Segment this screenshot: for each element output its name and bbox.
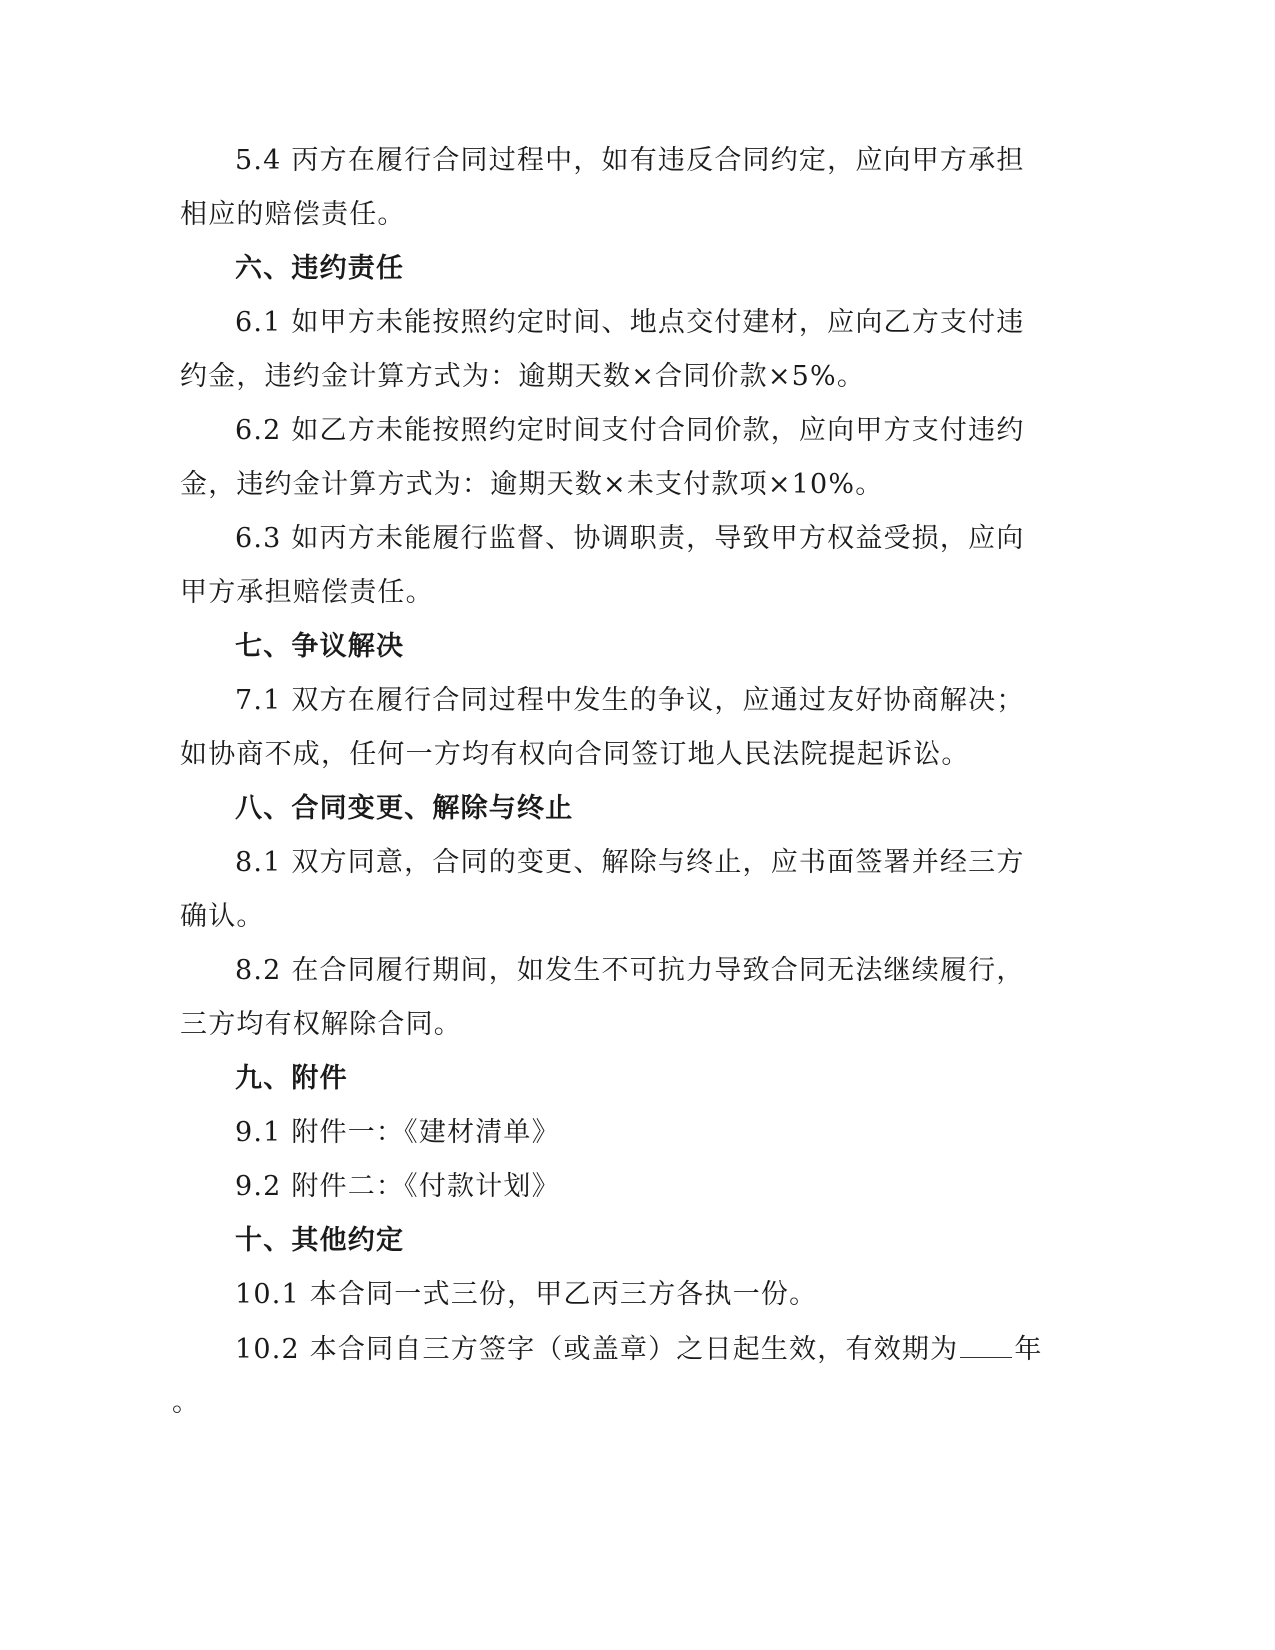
section-heading-6: 六、违约责任 bbox=[235, 251, 404, 287]
section-heading-8: 八、合同变更、解除与终止 bbox=[235, 791, 573, 827]
clause-10-2-line-1: 10.2 本合同自三方签字（或盖章）之日起生效，有效期为年 bbox=[235, 1331, 1043, 1368]
clause-7-1-line-2: 如协商不成，任何一方均有权向合同签订地人民法院提起诉讼。 bbox=[180, 737, 970, 773]
clause-6-3-line-1: 6.3 如丙方未能履行监督、协调职责，导致甲方权益受损，应向 bbox=[235, 521, 1025, 557]
clause-10-1: 10.1 本合同一式三份，甲乙丙三方各执一份。 bbox=[235, 1277, 817, 1313]
clause-8-2-line-1: 8.2 在合同履行期间，如发生不可抗力导致合同无法继续履行， bbox=[235, 953, 1025, 989]
clause-10-2-line-2: 。 bbox=[172, 1385, 200, 1421]
section-heading-10: 十、其他约定 bbox=[235, 1223, 404, 1259]
document-page: 5.4 丙方在履行合同过程中，如有违反合同约定，应向甲方承担 相应的赔偿责任。 … bbox=[0, 0, 1275, 1650]
clause-6-1-line-1: 6.1 如甲方未能按照约定时间、地点交付建材，应向乙方支付违 bbox=[235, 305, 1025, 341]
clause-8-1-line-2: 确认。 bbox=[180, 899, 265, 935]
clause-9-1: 9.1 附件一：《建材清单》 bbox=[235, 1115, 560, 1151]
clause-10-2-text: 10.2 本合同自三方签字（或盖章）之日起生效，有效期为 bbox=[235, 1334, 958, 1365]
clause-5-4-line-1: 5.4 丙方在履行合同过程中，如有违反合同约定，应向甲方承担 bbox=[235, 143, 1025, 179]
clause-10-2-suffix: 年 bbox=[1014, 1334, 1042, 1365]
validity-years-blank bbox=[960, 1331, 1012, 1358]
clause-6-1-line-2: 约金，违约金计算方式为：逾期天数×合同价款×5%。 bbox=[180, 359, 865, 395]
clause-9-2: 9.2 附件二：《付款计划》 bbox=[235, 1169, 560, 1205]
clause-8-2-line-2: 三方均有权解除合同。 bbox=[180, 1007, 462, 1043]
clause-7-1-line-1: 7.1 双方在履行合同过程中发生的争议，应通过友好协商解决； bbox=[235, 683, 1025, 719]
clause-6-2-line-1: 6.2 如乙方未能按照约定时间支付合同价款，应向甲方支付违约 bbox=[235, 413, 1025, 449]
section-heading-9: 九、附件 bbox=[235, 1061, 348, 1097]
clause-6-2-line-2: 金，违约金计算方式为：逾期天数×未支付款项×10%。 bbox=[180, 467, 883, 503]
clause-5-4-line-2: 相应的赔偿责任。 bbox=[180, 197, 406, 233]
clause-6-3-line-2: 甲方承担赔偿责任。 bbox=[180, 575, 434, 611]
clause-8-1-line-1: 8.1 双方同意，合同的变更、解除与终止，应书面签署并经三方 bbox=[235, 845, 1025, 881]
section-heading-7: 七、争议解决 bbox=[235, 629, 404, 665]
